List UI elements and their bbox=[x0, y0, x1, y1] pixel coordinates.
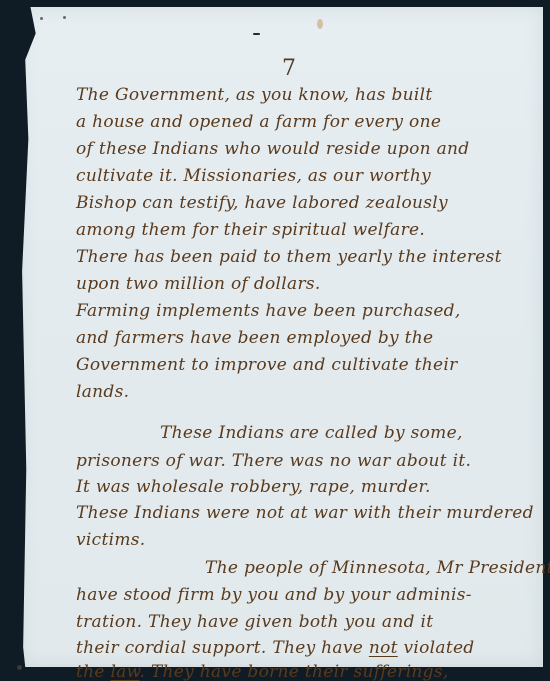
ink-speck bbox=[253, 33, 260, 35]
manuscript-line: upon two million of dollars. bbox=[76, 273, 321, 295]
manuscript-paragraph-start: These Indians are called by some, bbox=[160, 422, 463, 444]
manuscript-line: among them for their spiritual welfare. bbox=[76, 219, 425, 241]
manuscript-line: the law. They have borne their suffering… bbox=[76, 661, 449, 681]
manuscript-line: It was wholesale robbery, rape, murder. bbox=[76, 476, 431, 498]
manuscript-line: and farmers have been employed by the bbox=[76, 327, 433, 349]
underlined-word: not bbox=[369, 638, 398, 658]
manuscript-line: The Government, as you know, has built bbox=[76, 84, 433, 106]
manuscript-line: lands. bbox=[76, 381, 129, 403]
ink-speck bbox=[63, 16, 66, 19]
manuscript-line: prisoners of war. There was no war about… bbox=[76, 450, 471, 472]
manuscript-line: their cordial support. They have not vio… bbox=[76, 637, 475, 659]
manuscript-line: These Indians were not at war with their… bbox=[76, 502, 534, 524]
underlined-word: law bbox=[110, 662, 139, 681]
line-text: the bbox=[76, 662, 110, 681]
scan-background: 7 The Government, as you know, has built… bbox=[0, 0, 550, 681]
ink-speck bbox=[17, 665, 22, 670]
ink-speck bbox=[40, 17, 43, 20]
manuscript-line: Bishop can testify, have labored zealous… bbox=[76, 192, 448, 214]
manuscript-paragraph-start: The people of Minnesota, Mr President, bbox=[205, 557, 550, 579]
line-text: violated bbox=[398, 638, 475, 658]
manuscript-line: cultivate it. Missionaries, as our worth… bbox=[76, 165, 431, 187]
line-text: . They have borne their sufferings, bbox=[139, 662, 448, 681]
line-text: their cordial support. They have bbox=[76, 638, 369, 658]
manuscript-line: Government to improve and cultivate thei… bbox=[76, 354, 458, 376]
page-number: 7 bbox=[282, 56, 296, 81]
manuscript-line: tration. They have given both you and it bbox=[76, 611, 433, 633]
manuscript-line: Farming implements have been purchased, bbox=[76, 300, 461, 322]
manuscript-line: a house and opened a farm for every one bbox=[76, 111, 441, 133]
manuscript-line: There has been paid to them yearly the i… bbox=[76, 246, 502, 268]
manuscript-line: victims. bbox=[76, 529, 145, 551]
paper-stain bbox=[317, 19, 323, 29]
manuscript-line: of these Indians who would reside upon a… bbox=[76, 138, 469, 160]
manuscript-line: have stood firm by you and by your admin… bbox=[76, 584, 472, 606]
